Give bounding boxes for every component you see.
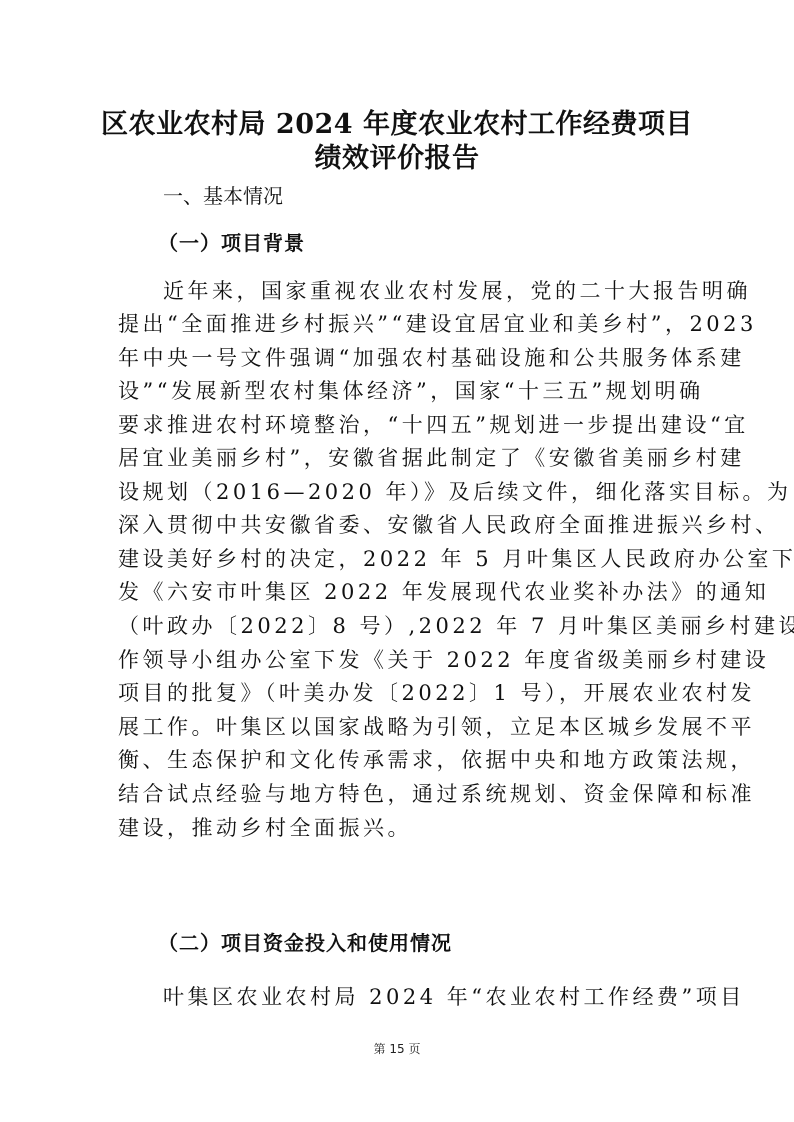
paragraph-line: 衡、生态保护和文化传承需求，依据中央和地方政策法规， xyxy=(118,744,678,776)
paragraph-line: 提出“全面推进乡村振兴”“建设宜居宜业和美乡村”，2023 xyxy=(118,308,678,340)
paragraph-line: 发《六安市叶集区 2022 年发展现代农业奖补办法》的通知 xyxy=(118,576,678,608)
paragraph-line: 设”“发展新型农村集体经济”，国家“十三五”规划明确 xyxy=(118,375,678,407)
paragraph-line: 项目的批复》（叶美办发〔2022〕1 号），开展农业农村发 xyxy=(118,677,678,709)
document-page: 区农业农村局 2024 年度农业农村工作经费项目 绩效评价报告 一、基本情况 （… xyxy=(0,0,794,1122)
paragraph-line: 年中央一号文件强调“加强农村基础设施和公共服务体系建 xyxy=(118,342,678,374)
subsection-heading-funding: （二）项目资金投入和使用情况 xyxy=(158,927,452,959)
section-heading-basic-info: 一、基本情况 xyxy=(163,180,283,212)
paragraph-line: 设规划（2016—2020 年）》及后续文件，细化落实目标。为 xyxy=(118,476,678,508)
subsection-heading-project-background: （一）项目背景 xyxy=(158,227,305,259)
paragraph-line: 展工作。叶集区以国家战略为引领，立足本区城乡发展不平 xyxy=(118,711,678,743)
paragraph-line: 结合试点经验与地方特色，通过系统规划、资金保障和标准 xyxy=(118,778,678,810)
paragraph-line: 近年来，国家重视农业农村发展，党的二十大报告明确 xyxy=(163,275,723,307)
paragraph-line: 建设，推动乡村全面振兴。 xyxy=(118,812,678,844)
page-number-footer: 第 15 页 xyxy=(0,1040,794,1058)
report-title-line-2: 绩效评价报告 xyxy=(0,142,794,176)
paragraph-line: 建设美好乡村的决定，2022 年 5 月叶集区人民政府办公室下 xyxy=(118,543,678,575)
paragraph-line: 深入贯彻中共安徽省委、安徽省人民政府全面推进振兴乡村、 xyxy=(118,509,678,541)
report-title-line-1: 区农业农村局 2024 年度农业农村工作经费项目 xyxy=(0,108,794,142)
paragraph-line: 作领导小组办公室下发《关于 2022 年度省级美丽乡村建设 xyxy=(118,644,678,676)
paragraph-line: 居宜业美丽乡村”，安徽省据此制定了《安徽省美丽乡村建 xyxy=(118,442,678,474)
paragraph-line: 要求推进农村环境整治，“十四五”规划进一步提出建设“宜 xyxy=(118,409,678,441)
paragraph-line: （叶政办〔2022〕8 号）,2022 年 7 月叶集区美丽乡村建设工 xyxy=(118,610,678,642)
paragraph-line: 叶集区农业农村局 2024 年“农业农村工作经费”项目 xyxy=(163,981,723,1013)
